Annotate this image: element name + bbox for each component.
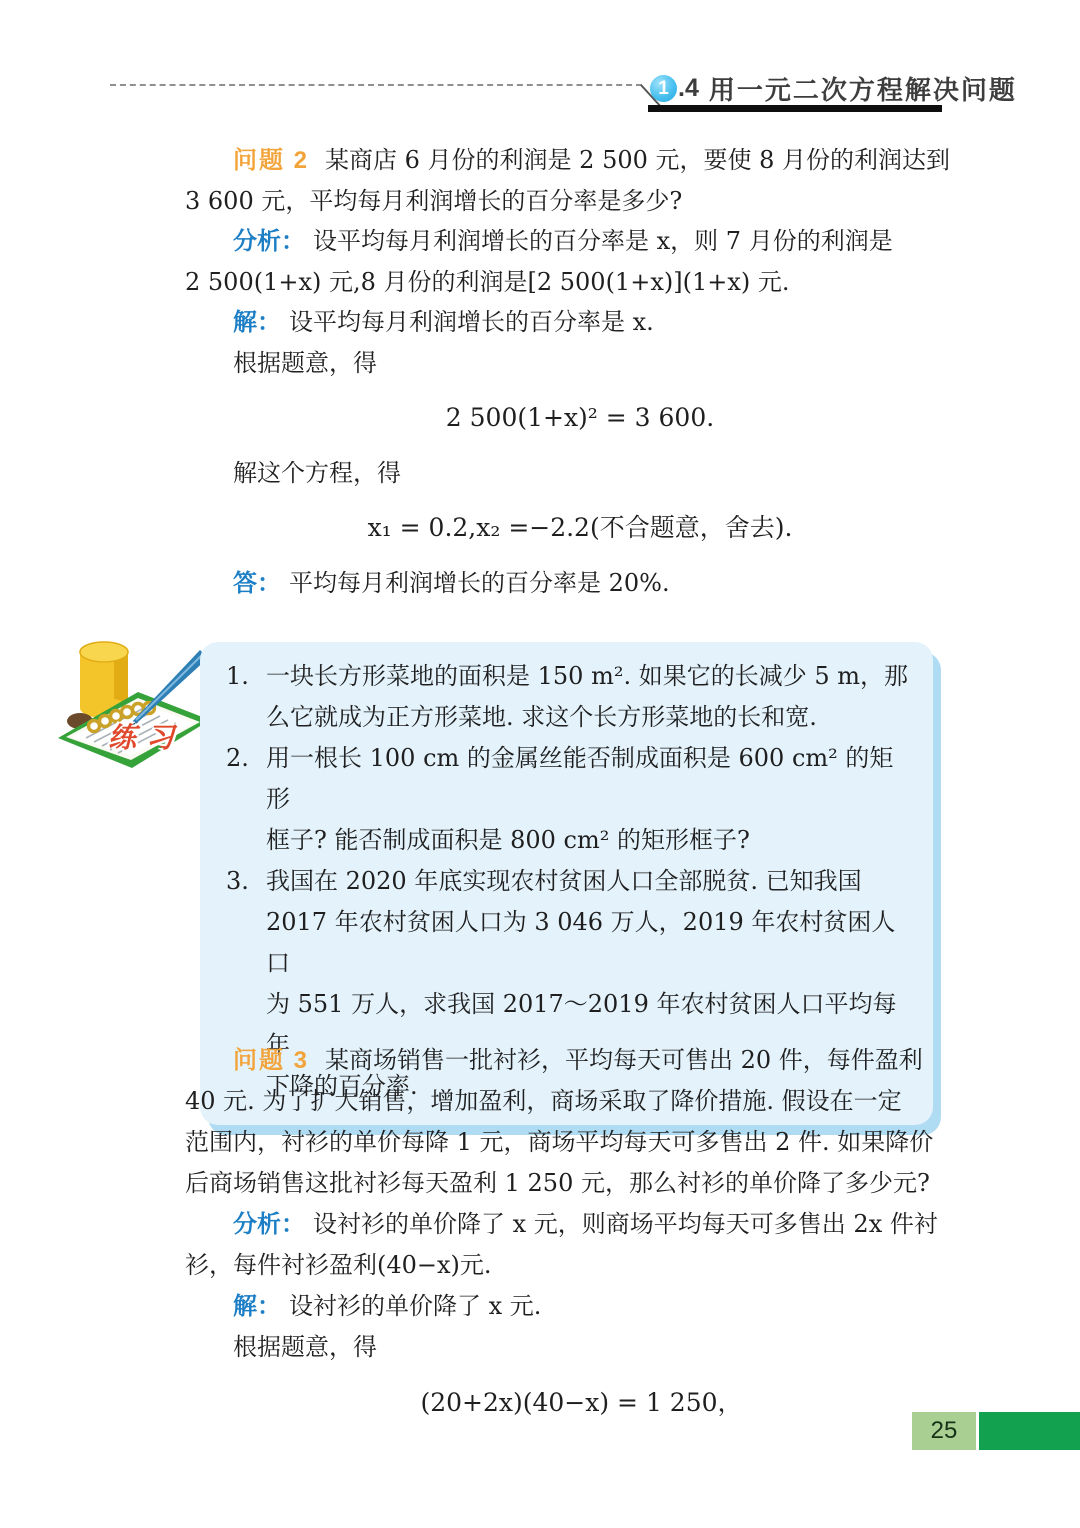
problem3-statement-line2: 40 元. 为了扩大销售，增加盈利，商场采取了降价措施. 假设在一定 (185, 1081, 978, 1122)
problem2-analysis-line2: 2 500(1+x) 元,8 月份的利润是[2 500(1+x)](1+x) 元… (185, 262, 975, 302)
analysis-label: 分析： (233, 228, 305, 255)
problem2-equation1: 2 500(1+x)² = 3 600. (185, 393, 975, 443)
problem2-solve-step: 解这个方程，得 (185, 453, 975, 493)
section-header: 1 .4 用一元二次方程解决问题 (650, 70, 1017, 107)
header-dashed-line (110, 84, 642, 86)
problem3-solve-line: 解：设衬衫的单价降了 x 元. (185, 1286, 978, 1327)
problem2-equation2: x₁ = 0.2,x₂ =−2.2(不合题意，舍去). (185, 503, 975, 553)
problem3-statement-line1: 问题 3某商场销售一批衬衫，平均每天可售出 20 件，每件盈利 (185, 1040, 978, 1081)
practice-item-number: 1. (226, 656, 266, 738)
analysis-text: 设衬衫的单价降了 x 元，则商场平均每天可多售出 2x 件衬 (313, 1210, 938, 1238)
practice-item-2: 2. 用一根长 100 cm 的金属丝能否制成面积是 600 cm² 的矩形 框… (226, 738, 909, 861)
practice-item-line: 我国在 2020 年底实现农村贫困人口全部脱贫. 已知我国 (266, 861, 909, 902)
problem2-text: 某商店 6 月份的利润是 2 500 元，要使 8 月份的利润达到 (325, 146, 950, 174)
answer-label: 答： (233, 570, 281, 597)
header-underline-bar (648, 105, 942, 112)
solve-text: 设平均每月利润增长的百分率是 x. (289, 308, 654, 336)
chapter-badge-icon: 1 (650, 75, 677, 102)
problem3-statement-line3: 范围内，衬衫的单价每降 1 元，商场平均每天可多售出 2 件. 如果降价 (185, 1122, 978, 1163)
problem2-premise: 根据题意，得 (185, 343, 975, 383)
problem3-equation: (20+2x)(40−x) = 1 250， (185, 1378, 978, 1428)
practice-item-line: 用一根长 100 cm 的金属丝能否制成面积是 600 cm² 的矩形 (266, 738, 909, 820)
solve-text: 设衬衫的单价降了 x 元. (289, 1292, 541, 1320)
practice-item-1: 1. 一块长方形菜地的面积是 150 m². 如果它的长减少 5 m，那 么它就… (226, 656, 909, 738)
answer-text: 平均每月利润增长的百分率是 20%. (289, 569, 670, 597)
practice-item-line: 么它就成为正方形菜地. 求这个长方形菜地的长和宽. (266, 697, 909, 738)
practice-label: 练习 (108, 716, 184, 756)
section-title: 用一元二次方程解决问题 (709, 70, 1017, 107)
problem3-text: 某商场销售一批衬衫，平均每天可售出 20 件，每件盈利 (325, 1046, 923, 1074)
analysis-text: 设平均每月利润增长的百分率是 x，则 7 月份的利润是 (313, 227, 893, 255)
problem2-statement-line1: 问题 2某商店 6 月份的利润是 2 500 元，要使 8 月份的利润达到 (185, 140, 975, 181)
problem2-statement-line2: 3 600 元，平均每月利润增长的百分率是多少? (185, 181, 975, 221)
section-number: .4 (678, 74, 699, 103)
textbook-page: 1 .4 用一元二次方程解决问题 问题 2某商店 6 月份的利润是 2 500 … (0, 0, 1080, 1528)
problem3-premise: 根据题意，得 (185, 1327, 978, 1368)
page-number: 25 (912, 1412, 976, 1450)
problem2-analysis-line1: 分析：设平均每月利润增长的百分率是 x，则 7 月份的利润是 (185, 221, 975, 262)
footer-green-bar (979, 1412, 1080, 1450)
solve-label: 解： (233, 309, 281, 336)
solve-label: 解： (233, 1293, 281, 1320)
problem3-analysis-line1: 分析：设衬衫的单价降了 x 元，则商场平均每天可多售出 2x 件衬 (185, 1204, 978, 1245)
problem3-section: 问题 3某商场销售一批衬衫，平均每天可售出 20 件，每件盈利 40 元. 为了… (185, 1040, 978, 1428)
problem2-answer-line: 答：平均每月利润增长的百分率是 20%. (185, 563, 975, 604)
problem2-section: 问题 2某商店 6 月份的利润是 2 500 元，要使 8 月份的利润达到 3 … (185, 140, 975, 604)
practice-item-number: 2. (226, 738, 266, 861)
practice-icon-group: 练习 (52, 628, 212, 778)
practice-item-text: 用一根长 100 cm 的金属丝能否制成面积是 600 cm² 的矩形 框子? … (266, 738, 909, 861)
problem3-statement-line4: 后商场销售这批衬衫每天盈利 1 250 元，那么衬衫的单价降了多少元? (185, 1163, 978, 1204)
analysis-label: 分析： (233, 1211, 305, 1238)
problem2-label: 问题 2 (233, 147, 309, 174)
practice-item-text: 一块长方形菜地的面积是 150 m². 如果它的长减少 5 m，那 么它就成为正… (266, 656, 909, 738)
practice-item-line: 框子? 能否制成面积是 800 cm² 的矩形框子? (266, 820, 909, 861)
problem3-label: 问题 3 (233, 1047, 309, 1074)
practice-item-line: 一块长方形菜地的面积是 150 m². 如果它的长减少 5 m，那 (266, 656, 909, 697)
problem3-analysis-line2: 衫，每件衬衫盈利(40−x)元. (185, 1245, 978, 1286)
practice-item-line: 2017 年农村贫困人口为 3 046 万人，2019 年农村贫困人口 (266, 902, 909, 984)
problem2-solve-line: 解：设平均每月利润增长的百分率是 x. (185, 302, 975, 343)
